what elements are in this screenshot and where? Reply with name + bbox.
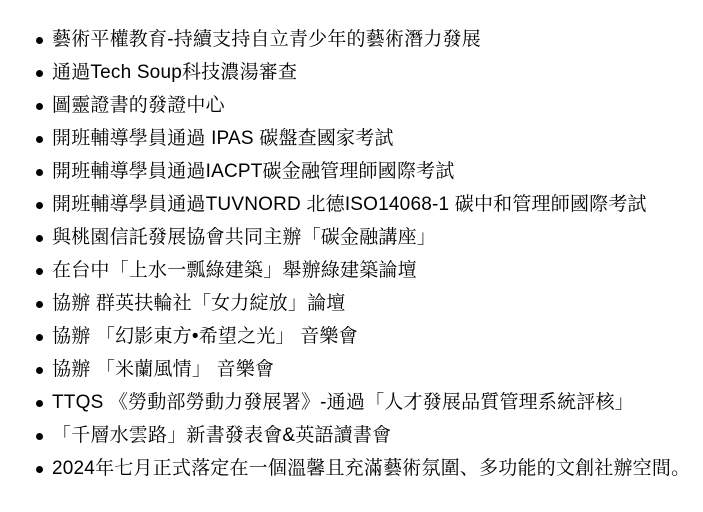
document-page: 藝術平權教育-持續支持自立青少年的藝術潛力發展 通過Tech Soup科技濃湯審… (0, 0, 703, 512)
list-item: 開班輔導學員通過TUVNORD 北德ISO14068-1 碳中和管理師國際考試 (36, 188, 693, 221)
bullet-icon (36, 400, 43, 407)
list-item: 協辦 群英扶輪社「女力綻放」論壇 (36, 287, 693, 320)
bullet-icon (36, 367, 43, 374)
bullet-icon (36, 37, 43, 44)
list-item: 2024年七月正式落定在一個溫馨且充滿藝術氛圍、多功能的文創社辦空間。 (36, 452, 693, 485)
list-item: 協辦 「幻影東方•希望之光」 音樂會 (36, 320, 693, 353)
bullet-icon (36, 466, 43, 473)
list-item-text: 協辦 群英扶輪社「女力綻放」論壇 (52, 287, 345, 320)
bullet-list: 藝術平權教育-持續支持自立青少年的藝術潛力發展 通過Tech Soup科技濃湯審… (36, 23, 693, 485)
list-item-text: 「千層水雲路」新書發表會&英語讀書會 (52, 419, 391, 452)
bullet-icon (36, 103, 43, 110)
bullet-icon (36, 433, 43, 440)
list-item-text: 開班輔導學員通過TUVNORD 北德ISO14068-1 碳中和管理師國際考試 (52, 188, 647, 221)
list-item: 「千層水雲路」新書發表會&英語讀書會 (36, 419, 693, 452)
list-item-text: 在台中「上水一瓢綠建築」舉辦綠建築論壇 (52, 254, 417, 287)
bullet-icon (36, 301, 43, 308)
list-item-text: 與桃園信託發展協會共同主辦「碳金融講座」 (52, 221, 436, 254)
bullet-icon (36, 169, 43, 176)
list-item: TTQS 《勞動部勞動力發展署》-通過「人才發展品質管理系統評核」 (36, 386, 693, 419)
list-item-text: TTQS 《勞動部勞動力發展署》-通過「人才發展品質管理系統評核」 (52, 386, 634, 419)
bullet-icon (36, 268, 43, 275)
bullet-icon (36, 70, 43, 77)
list-item-text: 藝術平權教育-持續支持自立青少年的藝術潛力發展 (52, 23, 481, 56)
list-item: 在台中「上水一瓢綠建築」舉辦綠建築論壇 (36, 254, 693, 287)
list-item: 開班輔導學員通過IACPT碳金融管理師國際考試 (36, 155, 693, 188)
list-item-text: 開班輔導學員通過 IPAS 碳盤查國家考試 (52, 122, 394, 155)
bullet-icon (36, 136, 43, 143)
list-item-text: 開班輔導學員通過IACPT碳金融管理師國際考試 (52, 155, 455, 188)
list-item-text: 圖靈證書的發證中心 (52, 89, 225, 122)
list-item: 藝術平權教育-持續支持自立青少年的藝術潛力發展 (36, 23, 693, 56)
list-item-text: 協辦 「幻影東方•希望之光」 音樂會 (52, 320, 358, 353)
list-item: 通過Tech Soup科技濃湯審查 (36, 56, 693, 89)
list-item-text: 協辦 「米蘭風情」 音樂會 (52, 353, 274, 386)
list-item: 圖靈證書的發證中心 (36, 89, 693, 122)
list-item: 開班輔導學員通過 IPAS 碳盤查國家考試 (36, 122, 693, 155)
list-item-text: 通過Tech Soup科技濃湯審查 (52, 56, 297, 89)
list-item-text: 2024年七月正式落定在一個溫馨且充滿藝術氛圍、多功能的文創社辦空間。 (52, 452, 690, 485)
bullet-icon (36, 334, 43, 341)
bullet-icon (36, 202, 43, 209)
list-item: 與桃園信託發展協會共同主辦「碳金融講座」 (36, 221, 693, 254)
bullet-icon (36, 235, 43, 242)
list-item: 協辦 「米蘭風情」 音樂會 (36, 353, 693, 386)
